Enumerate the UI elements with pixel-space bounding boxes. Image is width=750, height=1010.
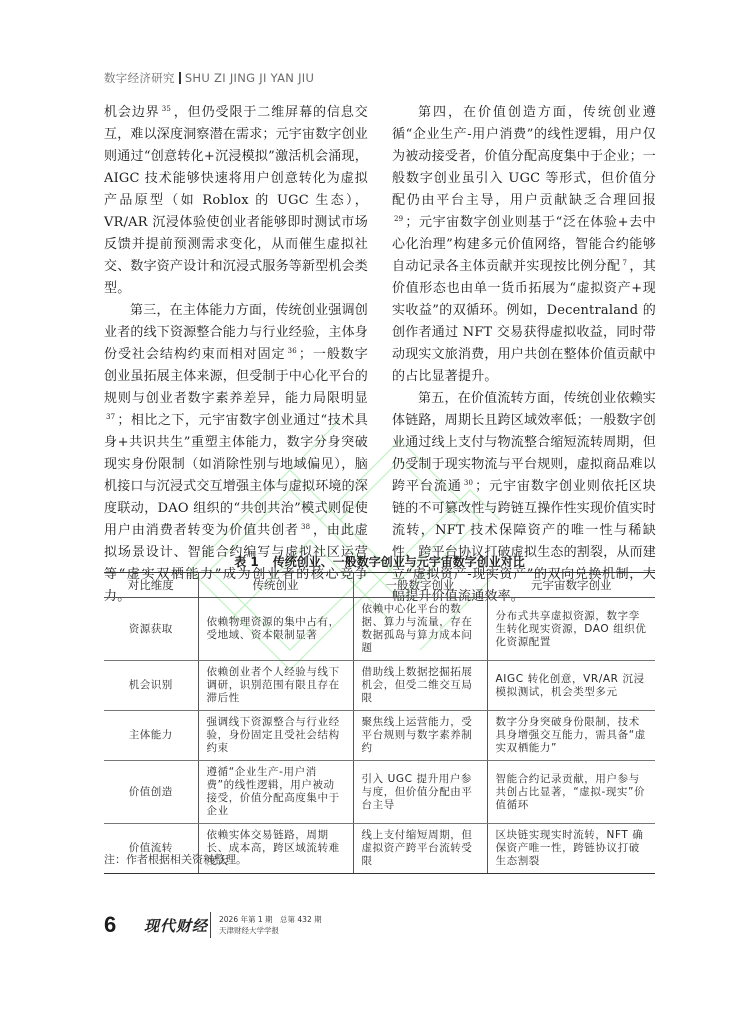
table-cell: 依赖创业者个人经验与线下调研，识别范围有限且存在滞后性 xyxy=(198,661,353,711)
table-cell: 强调线下资源整合与行业经验，身份固定且受社会结构约束 xyxy=(198,711,353,761)
right-column: 第四，在价值创造方面，传统创业遵循“企业生产-用户消费”的线性逻辑，用户仅为被动… xyxy=(392,102,656,608)
text: ；元宇宙数字创业则基于“泛在体验+去中心化治理”构建多元价值网络，智能合约能够自… xyxy=(392,215,656,274)
issue-info: 2026 年第 1 期 总第 432 期 天津财经大学学报 xyxy=(219,914,322,936)
text: ，但仍受限于二维屏幕的信息交互，难以深度洞察潜在需求；元宇宙数字创业则通过“创意… xyxy=(104,105,368,296)
column-header: 传统创业 xyxy=(198,573,353,598)
comparison-table: 对比维度 传统创业 一般数字创业 元宇宙数字创业 资源获取 依赖物理资源的集中占… xyxy=(104,572,655,874)
citation-ref: 30 xyxy=(464,479,473,487)
column-header: 一般数字创业 xyxy=(353,573,487,598)
journal-name-pinyin: SHU ZI JING JI YAN JIU xyxy=(185,71,314,85)
citation-ref: 38 xyxy=(301,523,310,531)
table-title: 传统创业、一般数字创业与元宇宙数字创业对比 xyxy=(273,555,525,569)
table-cell: 区块链实现实时流转，NFT 确保资产唯一性，跨链协议打破生态割裂 xyxy=(487,824,655,874)
dimension-cell: 主体能力 xyxy=(104,711,198,761)
text: 第四，在价值创造方面，传统创业遵循“企业生产-用户消费”的线性逻辑，用户仅为被动… xyxy=(392,105,656,208)
header-divider xyxy=(179,72,181,84)
table-cell: 依赖中心化平台的数据、算力与流量，存在数据孤岛与算力成本问题 xyxy=(353,598,487,661)
citation-ref: 7 xyxy=(622,259,627,267)
table-cell: 引入 UGC 提升用户参与度，但价值分配由平台主导 xyxy=(353,761,487,824)
table-cell: 线上支付缩短周期，但虚拟资产跨平台流转受限 xyxy=(353,824,487,874)
text: 机会边界 xyxy=(104,105,160,120)
table-cell: 依赖物理资源的集中占有，受地域、资本限制显著 xyxy=(198,598,353,661)
table-note: 注：作者根据相关资料整理。 xyxy=(104,851,247,867)
paragraph-value-creation: 第四，在价值创造方面，传统创业遵循“企业生产-用户消费”的线性逻辑，用户仅为被动… xyxy=(392,102,656,388)
citation-ref: 29 xyxy=(394,215,403,223)
issue-number: 2026 年第 1 期 总第 432 期 xyxy=(219,914,322,925)
table-row: 主体能力 强调线下资源整合与行业经验，身份固定且受社会结构约束 聚焦线上运营能力… xyxy=(104,711,655,761)
page-footer: 6 现代财经 2026 年第 1 期 总第 432 期 天津财经大学学报 xyxy=(104,912,322,938)
table-cell: 聚焦线上运营能力，受平台规则与数字素养制约 xyxy=(353,711,487,761)
table-cell: 遵循“企业生产-用户消费”的线性逻辑，用户被动接受，价值分配高度集中于企业 xyxy=(198,761,353,824)
paragraph-opportunity-continued: 机会边界35，但仍受限于二维屏幕的信息交互，难以深度洞察潜在需求；元宇宙数字创业… xyxy=(104,102,368,300)
table-number: 表 1 xyxy=(234,555,259,569)
left-column: 机会边界35，但仍受限于二维屏幕的信息交互，难以深度洞察潜在需求；元宇宙数字创业… xyxy=(104,102,368,608)
page-number: 6 xyxy=(104,912,144,938)
journal-name-cn: 数字经济研究 xyxy=(104,70,175,86)
citation-ref: 37 xyxy=(106,413,115,421)
column-header: 元宇宙数字创业 xyxy=(487,573,655,598)
publisher-name: 天津财经大学学报 xyxy=(219,925,322,936)
text: ，其价值形态也由单一货币拓展为“虚拟资产+现实收益”的双循环。例如，Decent… xyxy=(392,259,656,384)
table-caption: 表 1传统创业、一般数字创业与元宇宙数字创业对比 xyxy=(104,553,655,570)
column-header: 对比维度 xyxy=(104,573,198,598)
table-cell: 借助线上数据挖掘拓展机会，但受二维交互局限 xyxy=(353,661,487,711)
citation-ref: 36 xyxy=(288,347,297,355)
table-cell: AIGC 转化创意，VR/AR 沉浸模拟测试，机会类型多元 xyxy=(487,661,655,711)
table-row: 价值创造 遵循“企业生产-用户消费”的线性逻辑，用户被动接受，价值分配高度集中于… xyxy=(104,761,655,824)
table-cell: 数字分身突破身份限制，技术具身增强交互能力，需具备“虚实双栖能力” xyxy=(487,711,655,761)
dimension-cell: 价值创造 xyxy=(104,761,198,824)
running-header: 数字经济研究 SHU ZI JING JI YAN JIU xyxy=(104,70,314,86)
table-row: 资源获取 依赖物理资源的集中占有，受地域、资本限制显著 依赖中心化平台的数据、算… xyxy=(104,598,655,661)
citation-ref: 35 xyxy=(162,105,171,113)
table-row: 机会识别 依赖创业者个人经验与线下调研，识别范围有限且存在滞后性 借助线上数据挖… xyxy=(104,661,655,711)
table-header-row: 对比维度 传统创业 一般数字创业 元宇宙数字创业 xyxy=(104,573,655,598)
text: ；相比之下，元宇宙数字创业通过“技术具身+共识共生”重塑主体能力，数字分身突破现… xyxy=(104,413,368,538)
table-cell: 智能合约记录贡献，用户参与共创占比显著，“虚拟-现实”价值循环 xyxy=(487,761,655,824)
dimension-cell: 资源获取 xyxy=(104,598,198,661)
journal-logo: 现代财经 xyxy=(144,915,210,936)
table-cell: 分布式共享虚拟资源，数字孪生转化现实资源，DAO 组织优化资源配置 xyxy=(487,598,655,661)
dimension-cell: 机会识别 xyxy=(104,661,198,711)
footer-divider xyxy=(210,912,211,938)
